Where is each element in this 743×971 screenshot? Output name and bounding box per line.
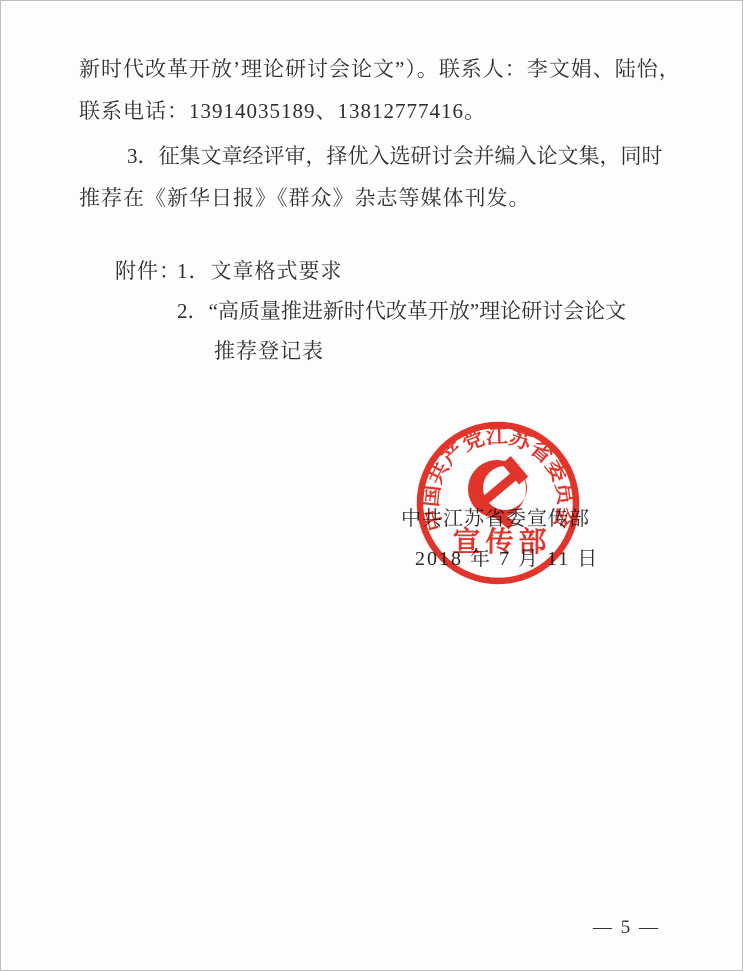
body-line-4: 推荐在《新华日报》《群众》杂志等媒体刊发。	[79, 186, 531, 210]
hammer-and-sickle-icon	[468, 456, 528, 529]
seal-bottom-text: 宣传部	[452, 525, 551, 558]
attachment-item-2-line-1: 2．“高质量推进新时代改革开放”理论研讨会论文	[177, 299, 626, 323]
body-line-1: 新时代改革开放’理论研讨会论文”）。联系人：李文娟、陆怡，	[79, 57, 681, 81]
official-seal: 中国共产党江苏省委员会 宣传部	[412, 417, 584, 589]
attachment-label: 附件：	[115, 259, 181, 283]
attachment-item-1: 1．文章格式要求	[177, 259, 343, 283]
page-number: — 5 —	[593, 917, 660, 939]
attachment-item-2-line-2: 推荐登记表	[214, 339, 324, 363]
document-page: 新时代改革开放’理论研讨会论文”）。联系人：李文娟、陆怡， 联系电话：13914…	[0, 0, 743, 971]
body-line-2: 联系电话：13914035189、13812777416。	[79, 99, 486, 123]
body-line-3: 3．征集文章经评审，择优入选研讨会并编入论文集，同时	[127, 144, 663, 168]
